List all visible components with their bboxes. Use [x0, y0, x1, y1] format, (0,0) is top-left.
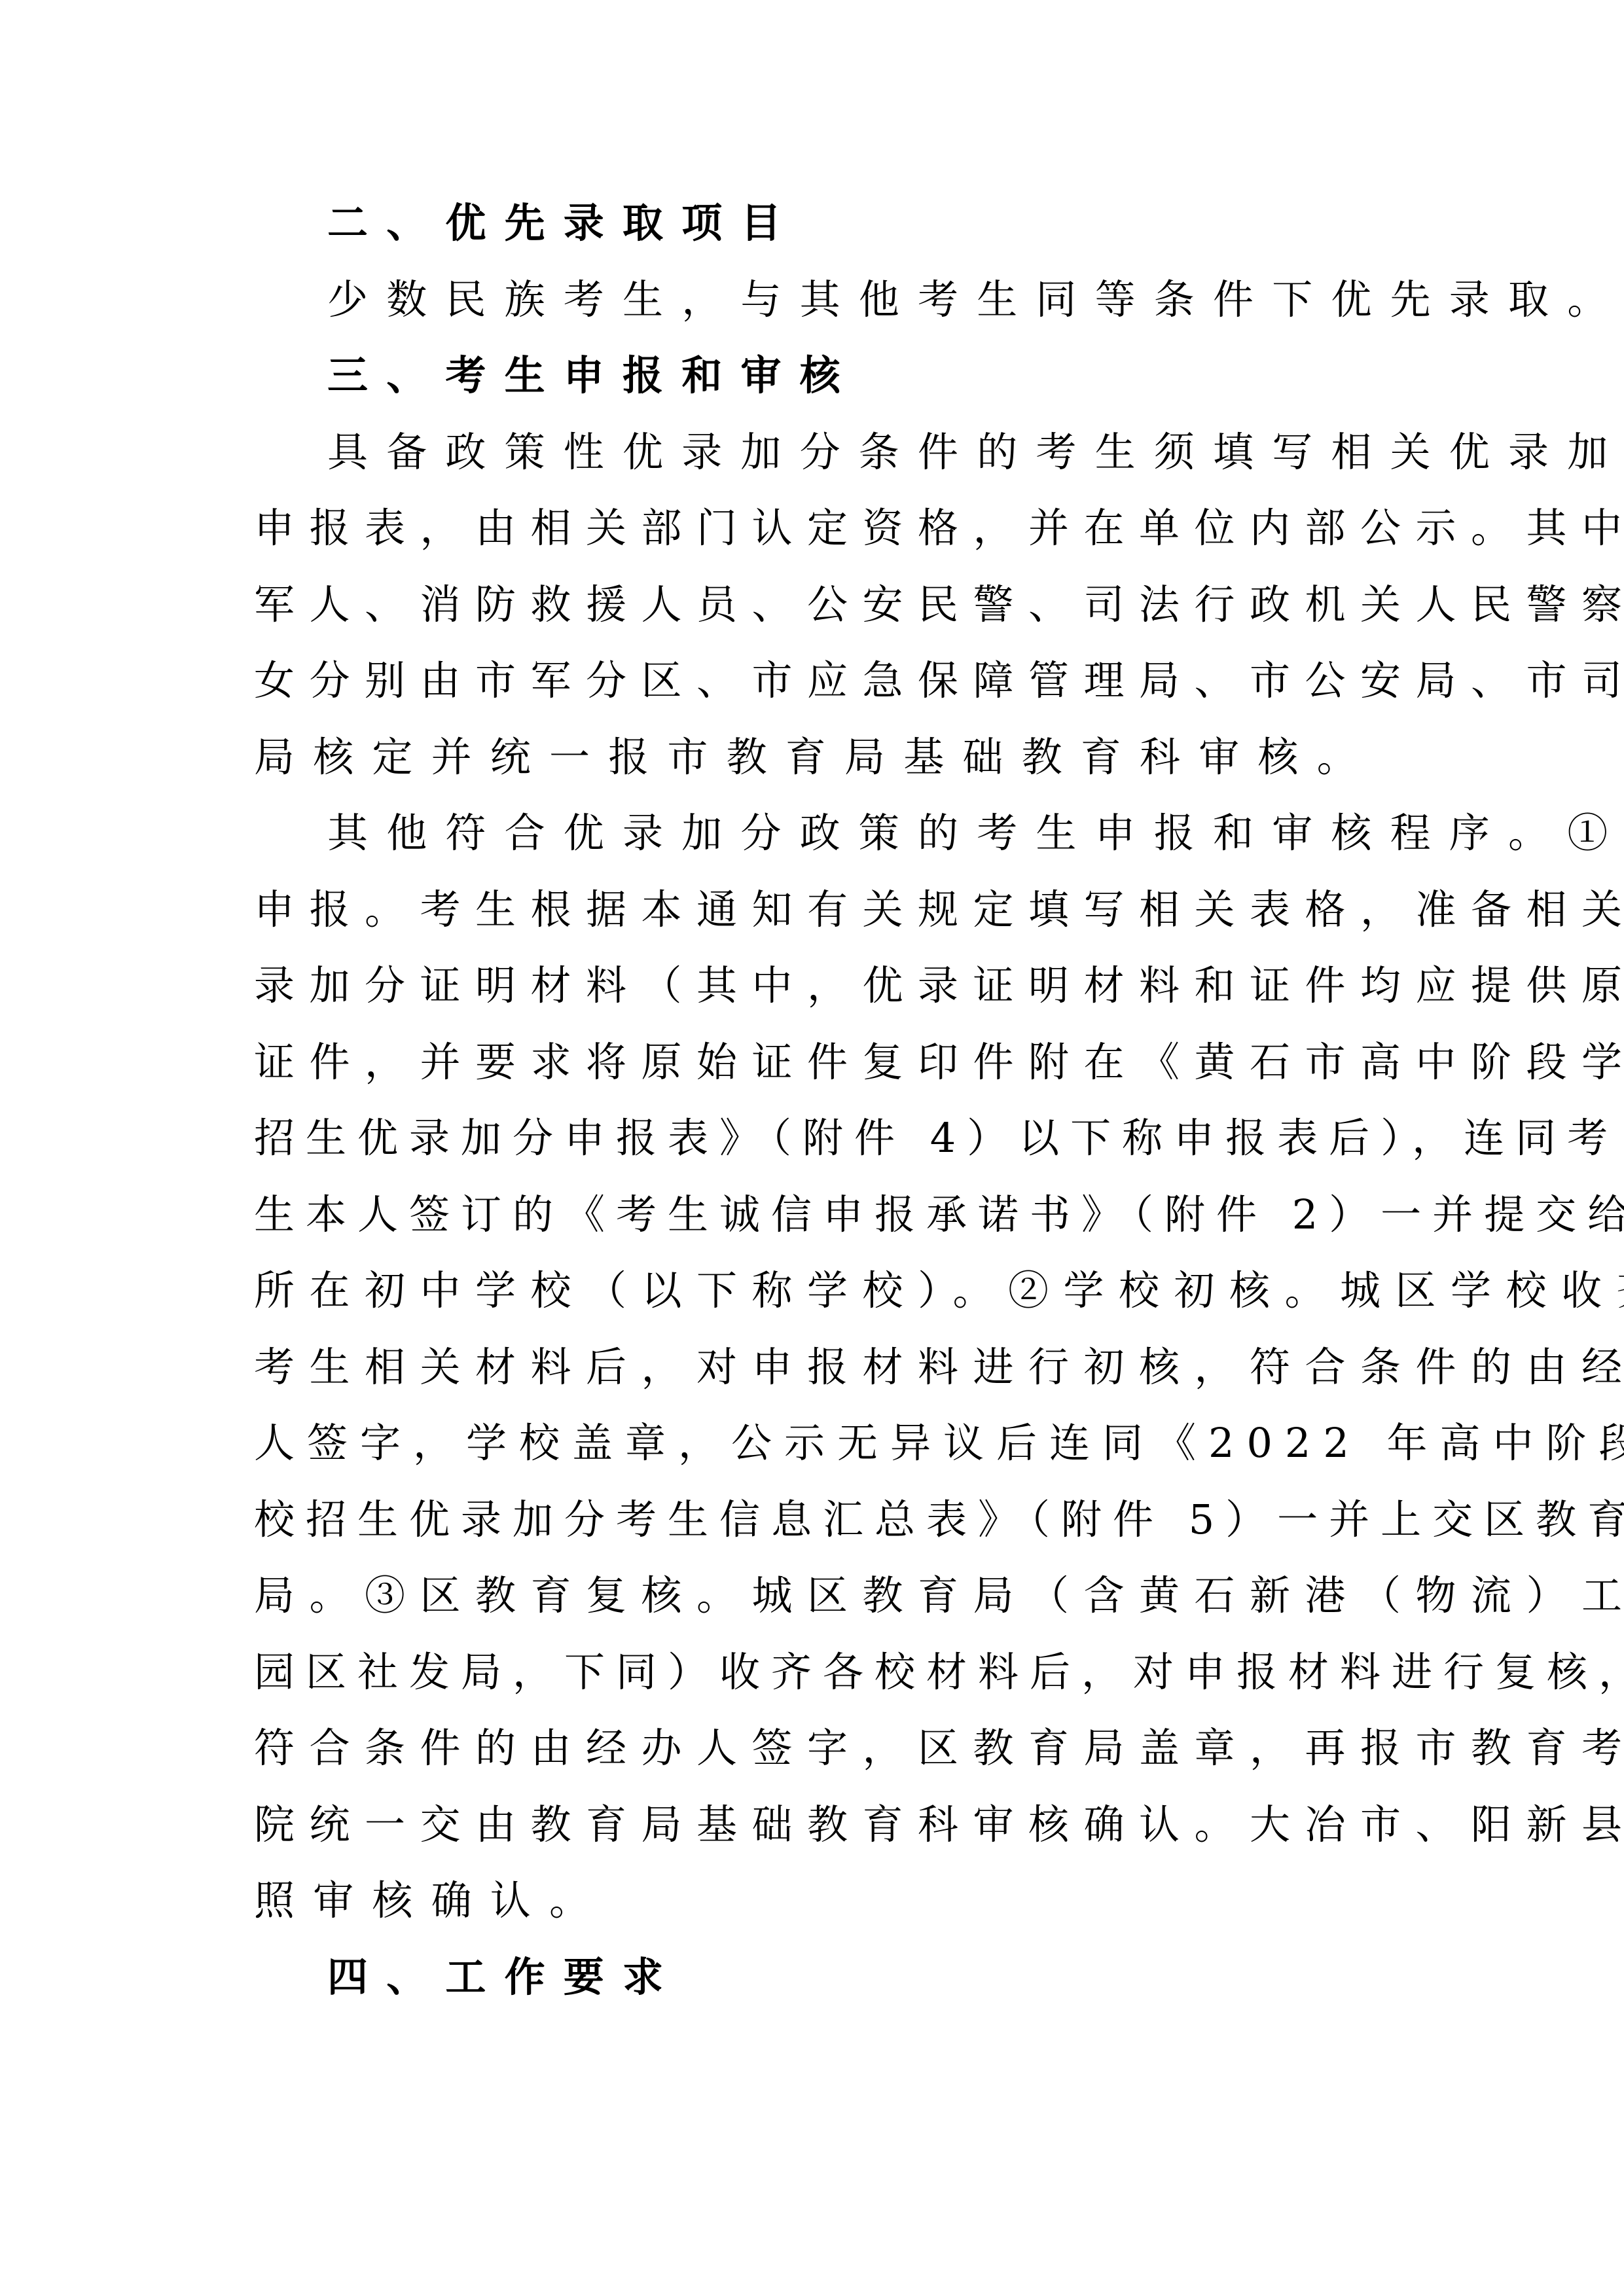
- paragraph-line: 符合条件的由经办人签字，区教育局盖章，再报市教育考试: [254, 1710, 1624, 1787]
- paragraph-line: 申报。考生根据本通知有关规定填写相关表格，准备相关优: [254, 872, 1624, 948]
- paragraph-line: 院统一交由教育局基础教育科审核确认。大冶市、阳新县参: [254, 1787, 1624, 1863]
- paragraph-line: 照审核确认。: [254, 1863, 608, 1939]
- paragraph-line: 其他符合优录加分政策的考生申报和审核程序。①考生: [327, 795, 1624, 872]
- paragraph-line: 具备政策性优录加分条件的考生须填写相关优录加分: [327, 414, 1624, 491]
- paragraph-line: 生本人签订的《考生诚信申报承诺书》（附件 2）一并提交给: [254, 1177, 1624, 1253]
- paragraph-line: 录加分证明材料（其中，优录证明材料和证件均应提供原始: [254, 948, 1624, 1024]
- section-heading-priority-admission: 二、优先录取项目: [327, 185, 800, 262]
- document-page: 二、优先录取项目 少数民族考生，与其他考生同等条件下优先录取。 三、考生申报和审…: [0, 0, 1624, 2296]
- paragraph-line: 园区社发局，下同）收齐各校材料后，对申报材料进行复核，: [254, 1634, 1624, 1711]
- paragraph-line: 局核定并统一报市教育局基础教育科审核。: [254, 719, 1376, 796]
- section-heading-work-requirements: 四、工作要求: [327, 1939, 681, 2016]
- paragraph-line: 人签字，学校盖章，公示无异议后连同《2022 年高中阶段学: [254, 1405, 1624, 1482]
- paragraph-line: 少数民族考生，与其他考生同等条件下优先录取。: [327, 262, 1624, 338]
- paragraph-line: 所在初中学校（以下称学校）。②学校初核。城区学校收齐: [254, 1253, 1624, 1329]
- paragraph-line: 申报表，由相关部门认定资格，并在单位内部公示。其中，: [254, 490, 1624, 567]
- paragraph-line: 校招生优录加分考生信息汇总表》（附件 5）一并上交区教育: [254, 1482, 1624, 1558]
- section-heading-application-review: 三、考生申报和审核: [327, 338, 859, 414]
- paragraph-line: 军人、消防救援人员、公安民警、司法行政机关人民警察子: [254, 567, 1624, 643]
- paragraph-line: 考生相关材料后，对申报材料进行初核，符合条件的由经办: [254, 1329, 1624, 1406]
- paragraph-line: 证件，并要求将原始证件复印件附在《黄石市高中阶段学校: [254, 1024, 1624, 1101]
- paragraph-line: 女分别由市军分区、市应急保障管理局、市公安局、市司法: [254, 643, 1624, 719]
- paragraph-line: 局。③区教育复核。城区教育局（含黄石新港（物流）工业: [254, 1558, 1624, 1634]
- paragraph-line: 招生优录加分申报表》（附件 4）以下称申报表后），连同考: [254, 1100, 1619, 1177]
